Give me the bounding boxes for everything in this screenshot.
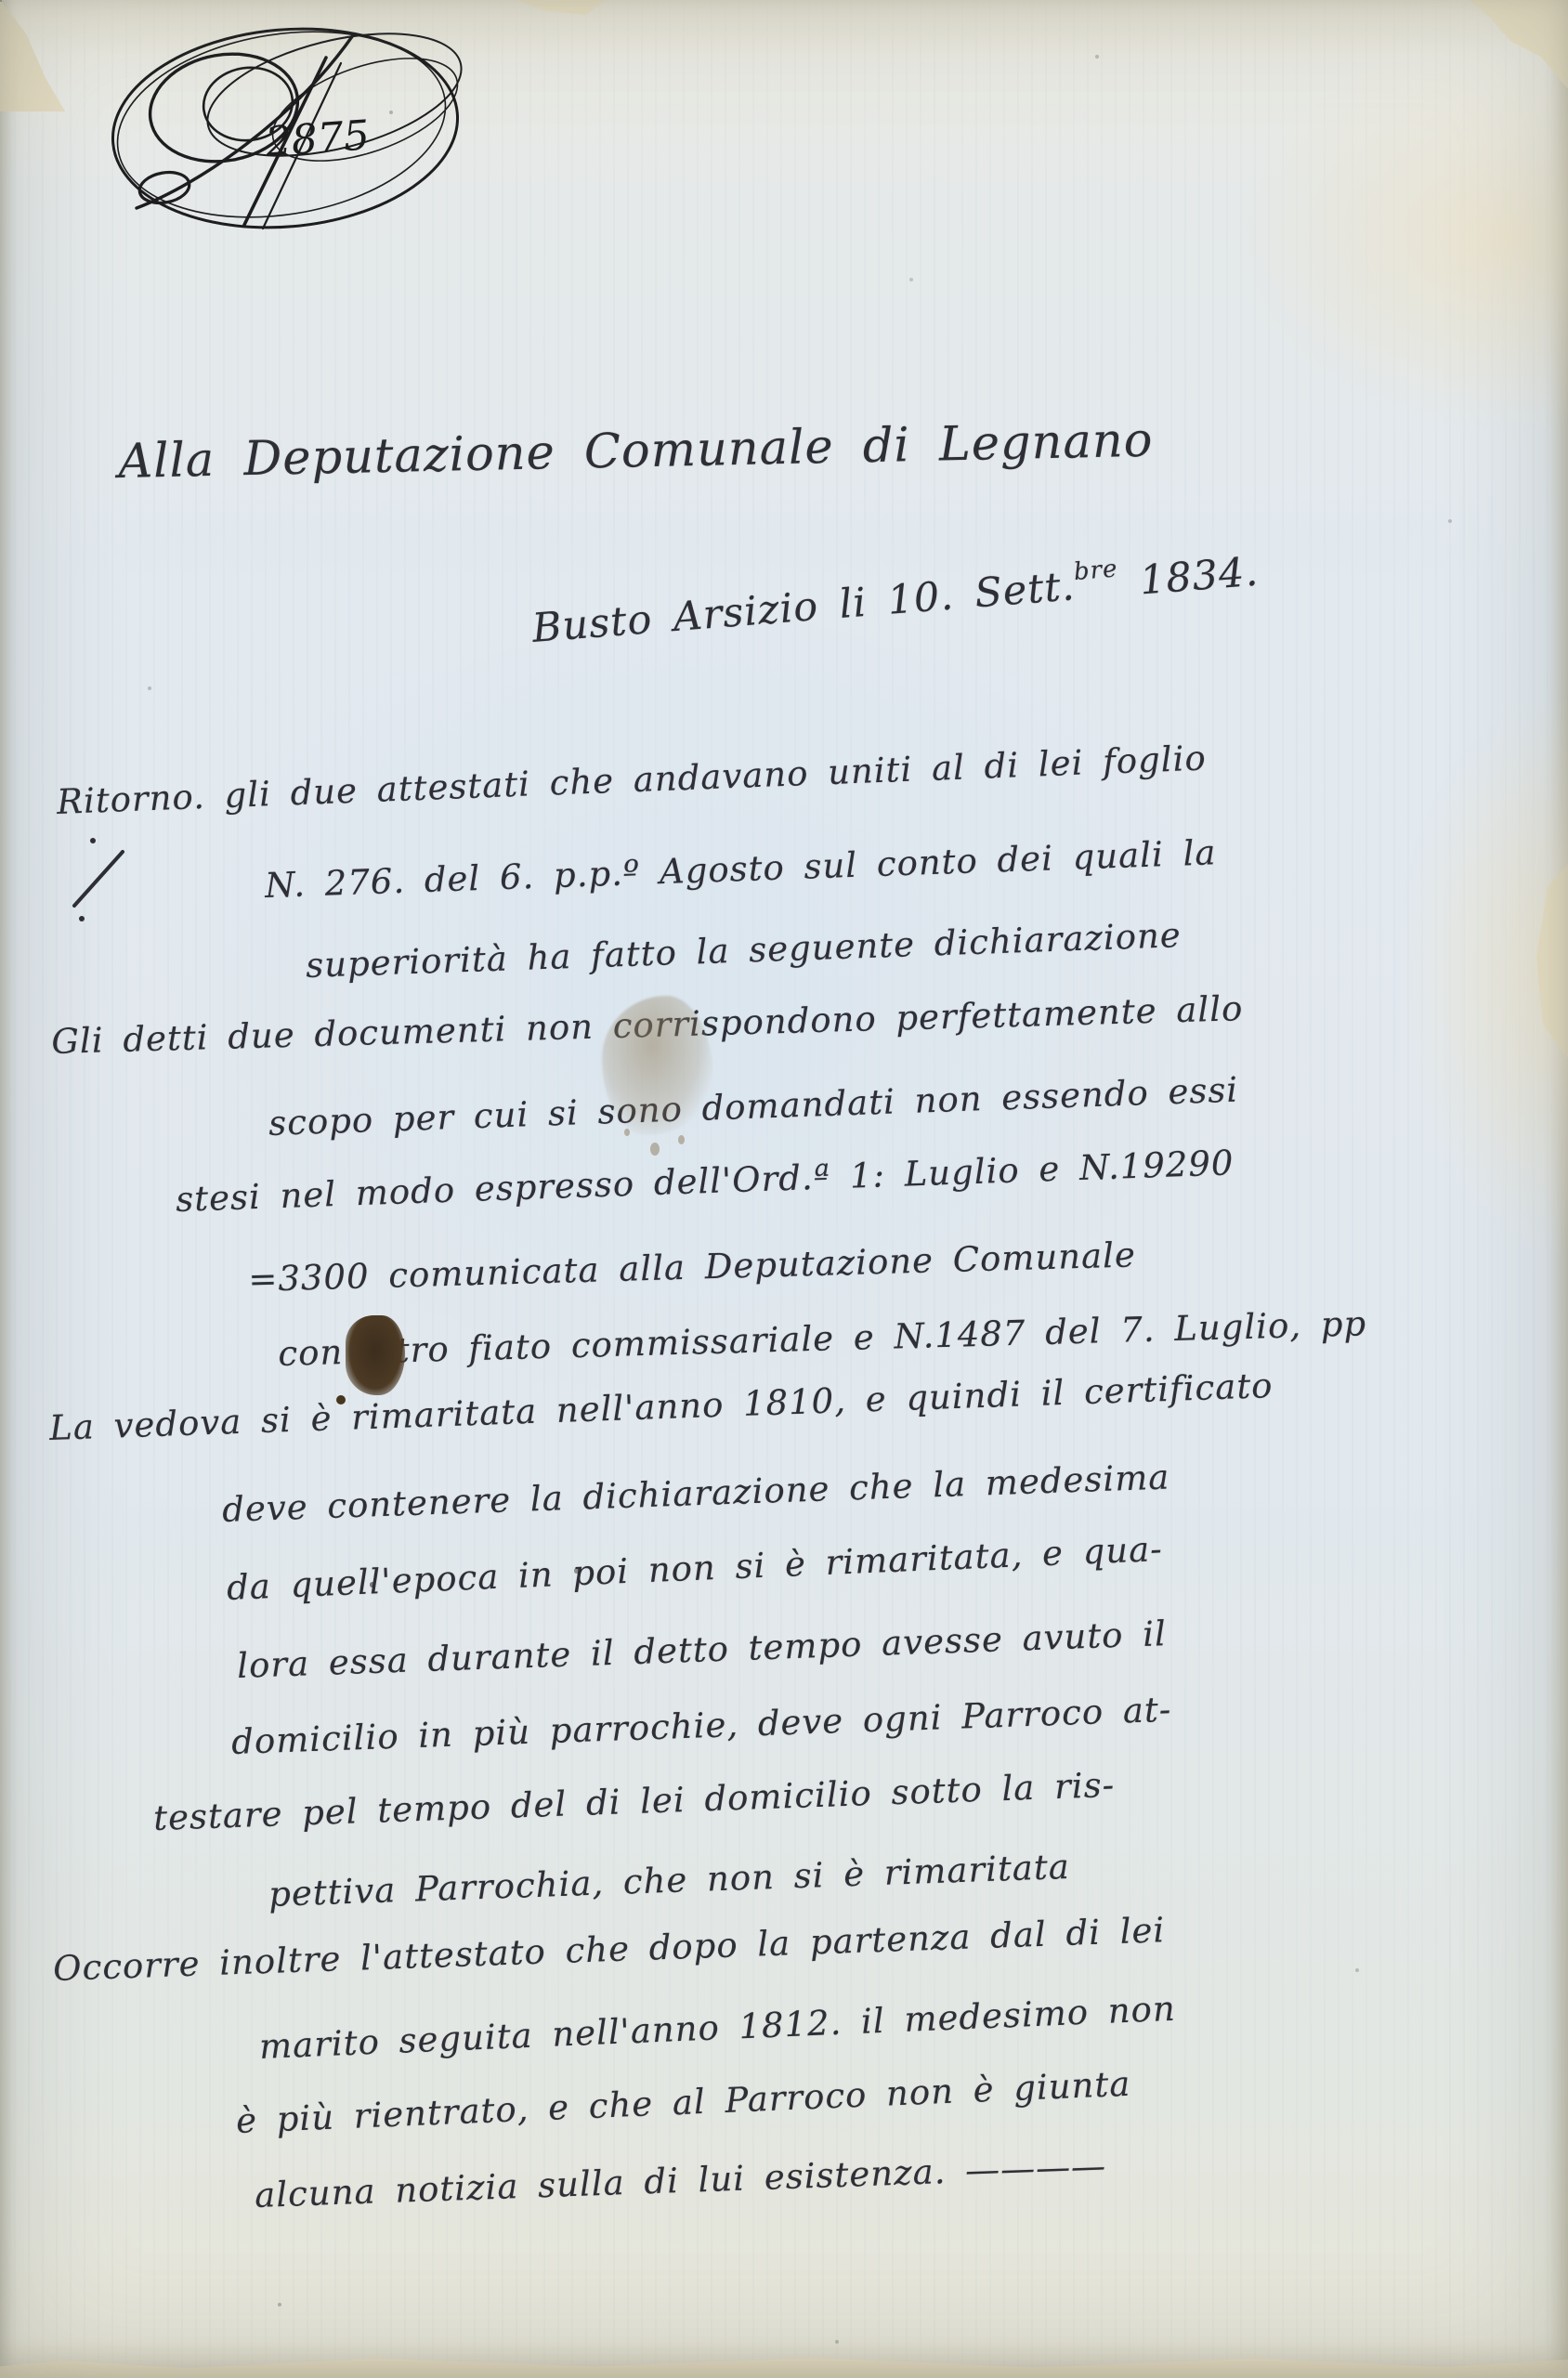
paper-stain: [602, 996, 713, 1135]
body-line: Occorre inoltre l'attestato che dopo la …: [52, 1910, 1165, 1989]
body-line: La vedova si è rimaritata nell'anno 1810…: [48, 1365, 1274, 1448]
dateline: Busto Arsizio li 10. Sett.bre 1834.: [530, 549, 1261, 652]
dateline-year: 1834.: [1138, 549, 1261, 605]
protocol-flourish-icon: 2875: [51, 9, 516, 269]
paper-specks: [0, 0, 2, 2]
ink-dot: [336, 1395, 346, 1405]
dateline-superscript: bre: [1073, 555, 1119, 586]
body-line: marito seguita nell'anno 1812. il medesi…: [258, 1989, 1176, 2067]
torn-edge-right: [1536, 864, 1568, 1059]
body-line: deve contenere la dichiarazione che la m…: [221, 1457, 1170, 1530]
body-line: superiorità ha fatto la seguente dichiar…: [305, 915, 1182, 986]
protocol-number: 2875: [263, 111, 371, 166]
body-line: lora essa durante il detto tempo avesse …: [236, 1614, 1167, 1686]
body-line: è più rientrato, e che al Parroco non è …: [235, 2064, 1131, 2141]
body-line: Ritorno. gli due attestati che andavano …: [56, 738, 1207, 822]
ink-blot: [346, 1315, 405, 1395]
margin-flourish-icon: [65, 831, 149, 924]
recipient-line: Alla Deputazione Comunale di Legnano: [118, 413, 1154, 490]
body-line: N. 276. del 6. p.p.º Agosto sul conto de…: [264, 832, 1217, 906]
body-line: domicilio in più parrochie, deve ogni Pa…: [230, 1690, 1171, 1762]
body-line: da quell'epoca in poi non si è rimaritat…: [226, 1529, 1163, 1608]
body-line: stesi nel modo espresso dell'Ord.ª 1: Lu…: [175, 1143, 1235, 1220]
body-line: testare pel tempo del di lei domicilio s…: [152, 1765, 1115, 1838]
body-line: =3300 comunicata alla Deputazione Comuna…: [248, 1235, 1137, 1300]
torn-edge-top: [516, 0, 606, 15]
dateline-place: Busto Arsizio li 10. Sett.: [530, 563, 1077, 652]
body-line: alcuna notizia sulla di lui esistenza. —…: [254, 2146, 1106, 2215]
body-line: scopo per cui si sono domandati non esse…: [268, 1070, 1238, 1143]
body-line: con altro fiato commissariale e N.1487 d…: [278, 1303, 1367, 1374]
stain-drip: [650, 1143, 660, 1156]
stain-drip: [624, 1129, 630, 1136]
body-line: pettiva Parrochia, che non si è rimarita…: [268, 1847, 1070, 1914]
stain-drip: [678, 1135, 685, 1144]
letter-page: 2875 Alla Deputazione Comunale di Legnan…: [0, 0, 1568, 2378]
torn-edge-bottom: [0, 2350, 1568, 2378]
torn-corner-top-right: [1447, 0, 1568, 89]
